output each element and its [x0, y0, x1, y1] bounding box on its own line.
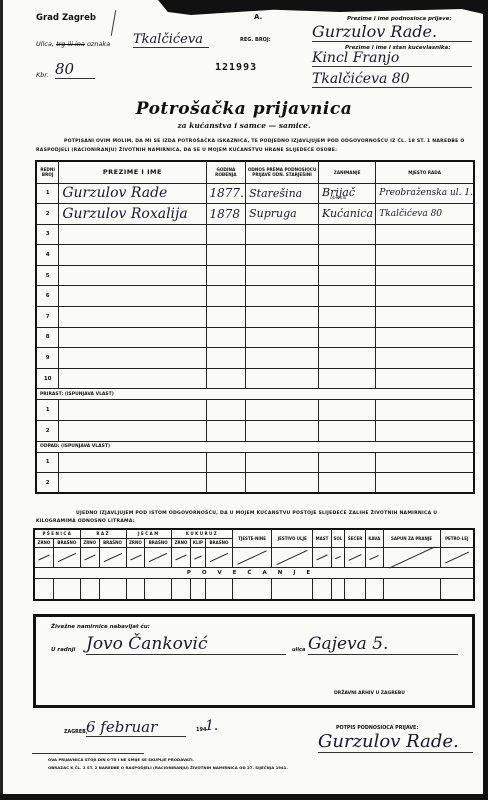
workplace — [376, 224, 474, 245]
section-label-decrease: ODPAD: (ispunjava vlast) — [36, 441, 474, 452]
sub-wheat-flour: BRAŠNO — [53, 538, 80, 547]
birth-year: 1877. — [206, 183, 246, 204]
relation — [246, 327, 319, 348]
document-page: Grad Zagreb Ulica, trg ili ina oznaka Tk… — [0, 0, 488, 800]
struck-cell — [53, 547, 80, 567]
occupation — [319, 348, 376, 369]
workplace: Preobraženska ul. 1. — [376, 183, 474, 204]
document-title: Potrošačka prijavnica — [0, 99, 488, 119]
declaration-text: POTPISANI OVIM MOLIM, DA MI SE IZDA POTR… — [36, 137, 476, 155]
person-name — [59, 265, 206, 286]
person-name — [59, 348, 206, 369]
shop-box-label: Živežne namirnice nabavljat ću: — [51, 624, 150, 630]
sub-corn-flour: BRAŠNO — [205, 538, 232, 547]
row-number: 2 — [36, 421, 59, 442]
struck-cell — [366, 547, 383, 567]
struck-cell — [205, 547, 232, 567]
shop-street-field: Gajeva 5. — [308, 634, 458, 655]
row-number: 7 — [36, 307, 59, 328]
occupation — [319, 327, 376, 348]
table-row: 9 — [36, 348, 474, 369]
section-row-decrease: ODPAD: (ispunjava vlast) — [36, 441, 474, 452]
sub-barley-flour: BRAŠNO — [145, 538, 172, 547]
table-row: 6 — [36, 286, 474, 307]
form-series: A. — [254, 13, 262, 21]
scan-edge-shadow — [158, 0, 488, 15]
col-salt: SOL — [331, 529, 344, 547]
struck-cell — [440, 547, 474, 567]
birth-year — [206, 307, 246, 328]
section-row-increase: PRIRAST: (ispunjava vlast) — [36, 389, 474, 400]
person-name — [59, 327, 206, 348]
sub-rye-grain: ZRNO — [80, 538, 99, 547]
col-header-workplace: Mjesto rada — [376, 161, 474, 183]
section-label-increase: PRIRAST: (ispunjava vlast) — [36, 389, 474, 400]
struck-cell — [34, 547, 53, 567]
table-row: 4 — [36, 245, 474, 266]
scan-edge-left — [0, 0, 3, 800]
person-name — [59, 245, 206, 266]
increase-label: POVEĆANJE — [34, 567, 474, 578]
row-number: 3 — [36, 224, 59, 245]
table-header-row: Redni broj Prezime i ime Godina rođenja … — [36, 161, 474, 183]
birth-year — [206, 368, 246, 389]
applicant-field: Gurzulov Rade. — [312, 22, 472, 42]
row-number: 8 — [36, 327, 59, 348]
col-header-occupation: Zanimanje — [319, 161, 376, 183]
table-row: 3 — [36, 224, 474, 245]
workplace — [376, 286, 474, 307]
col-oil: JESTIVO ULJE — [272, 529, 313, 547]
struck-cell — [99, 547, 126, 567]
person-name — [59, 224, 206, 245]
col-petroleum: PETRO-LEJ — [440, 529, 474, 547]
shop-label: U radnji — [51, 647, 75, 653]
struck-cell — [80, 547, 99, 567]
struck-cell — [126, 547, 145, 567]
col-header-relation: Odnos prema podnosiocu prijave odn. star… — [246, 161, 319, 183]
relation — [246, 245, 319, 266]
struck-cell — [331, 547, 344, 567]
col-soap: SAPUN ZA PRANJE — [383, 529, 440, 547]
relation — [246, 224, 319, 245]
struck-cell — [272, 547, 313, 567]
row-number: 1 — [36, 183, 59, 204]
table-row: 10 — [36, 368, 474, 389]
sub-corn-cob: KLIP — [190, 538, 205, 547]
sub-wheat-grain: ZRNO — [34, 538, 53, 547]
row-number: 6 — [36, 286, 59, 307]
birth-year — [206, 245, 246, 266]
col-header-number: Redni broj — [36, 161, 59, 183]
struck-cell — [383, 547, 440, 567]
sub-corn-grain: ZRNO — [172, 538, 191, 547]
row-number: 2 — [36, 473, 59, 494]
year-field: 1. — [205, 718, 218, 734]
row-number: 2 — [36, 204, 59, 225]
street-label-prefix: Ulica, — [36, 40, 56, 48]
workplace — [376, 265, 474, 286]
occupation — [319, 307, 376, 328]
occupation — [319, 245, 376, 266]
birth-year — [206, 224, 246, 245]
group-wheat: PŠENICA — [34, 529, 80, 538]
signature-field: Gurzulov Rade. — [318, 731, 473, 753]
col-header-birth-year: Godina rođenja — [206, 161, 246, 183]
col-lard: MAST — [313, 529, 332, 547]
table-row: 2 Gurzulov Roxalija 1878 Supruga Kućanic… — [36, 204, 474, 225]
street-label: Ulica, trg ili ina oznaka — [36, 40, 110, 48]
registry-number: 121993 — [215, 62, 257, 73]
sub-barley-grain: ZRNO — [126, 538, 145, 547]
scan-edge-bottom — [0, 794, 488, 800]
owner-name-field: Kincl Franjo — [312, 50, 472, 67]
registry-label: REG. BROJ: — [240, 37, 271, 43]
document-subtitle: za kućanstva i samce — samice. — [0, 121, 488, 130]
table-row: 1 — [36, 452, 474, 473]
workplace — [376, 245, 474, 266]
occupation: Kućanica — [319, 204, 376, 225]
row-number: 9 — [36, 348, 59, 369]
table-row: 5 — [36, 265, 474, 286]
supplies-declaration-text: UJEDNO IZJAVLJUJEM POD ISTOM ODGOVORNOŠĆ… — [36, 510, 476, 526]
occupation — [319, 224, 376, 245]
occupation — [319, 265, 376, 286]
row-number: 4 — [36, 245, 59, 266]
food-supplies-table: PŠENICA RAŽ JEČAM KUKURUZ TJESTE-NINE JE… — [33, 528, 475, 601]
table-row: 2 — [36, 473, 474, 494]
price-note: OVA PRIJAVNICA STOJI DIN 0'75 I NE SMIJE… — [48, 757, 194, 762]
increase-label-row: POVEĆANJE — [34, 567, 474, 578]
relation — [246, 265, 319, 286]
relation — [246, 286, 319, 307]
street-label-struck: trg ili ina — [56, 40, 85, 48]
struck-cell — [172, 547, 191, 567]
date-field: 6 februar — [86, 718, 186, 737]
table-row: 7 — [36, 307, 474, 328]
row-number: 10 — [36, 368, 59, 389]
birth-year — [206, 286, 246, 307]
table-row: 1 — [36, 400, 474, 421]
shop-registration-box: Živežne namirnice nabavljat ću: U radnji… — [33, 614, 475, 708]
footer-divider — [32, 753, 144, 754]
sub-rye-flour: BRAŠNO — [99, 538, 126, 547]
col-coffee: KAVA — [366, 529, 383, 547]
street-field: Tkalčićeva — [133, 32, 209, 48]
occupation — [319, 368, 376, 389]
workplace: Tkalčićeva 80 — [376, 204, 474, 225]
struck-cell — [145, 547, 172, 567]
house-number-label: Kbr. — [36, 71, 49, 79]
increase-values-row — [34, 578, 474, 600]
birth-year — [206, 265, 246, 286]
occupation: Brijačobrtnik — [319, 183, 376, 204]
relation — [246, 348, 319, 369]
shop-name-field: Jovo Čanković — [86, 634, 286, 655]
table-row: 2 — [36, 421, 474, 442]
supplies-group-header-row: PŠENICA RAŽ JEČAM KUKURUZ TJESTE-NINE JE… — [34, 529, 474, 538]
regulation-note: OBRAZAC K ČL. 2 ST. 2 NAREDBE O RASPODJE… — [48, 765, 288, 770]
person-name — [59, 307, 206, 328]
person-name: Gurzulov Rade — [59, 183, 206, 204]
group-corn: KUKURUZ — [172, 529, 233, 538]
group-rye: RAŽ — [80, 529, 126, 538]
person-name: Gurzulov Roxalija — [59, 204, 206, 225]
person-name — [59, 368, 206, 389]
house-number-field: 80 — [55, 60, 95, 79]
col-sugar: ŠEĆER — [345, 529, 366, 547]
scan-edge-right — [483, 0, 488, 800]
person-name — [59, 286, 206, 307]
workplace — [376, 327, 474, 348]
workplace — [376, 307, 474, 328]
birth-year — [206, 327, 246, 348]
shop-street-label: ulica — [292, 647, 305, 653]
workplace — [376, 368, 474, 389]
place-label: ZAGREB, — [64, 730, 88, 735]
table-row: 1 Gurzulov Rade 1877. Starešina Brijačob… — [36, 183, 474, 204]
relation — [246, 368, 319, 389]
occupation — [319, 286, 376, 307]
relation: Supruga — [246, 204, 319, 225]
archive-stamp: DRŽAVNI ARHIV U ZAGREBU — [334, 691, 405, 696]
workplace — [376, 348, 474, 369]
supplies-values-row — [34, 547, 474, 567]
relation — [246, 307, 319, 328]
header-divider — [111, 10, 116, 36]
struck-cell — [313, 547, 332, 567]
col-pasta: TJESTE-NINE — [232, 529, 271, 547]
struck-cell — [190, 547, 205, 567]
row-number: 1 — [36, 452, 59, 473]
owner-address-field: Tkalčićeva 80 — [312, 71, 472, 88]
table-row: 8 — [36, 327, 474, 348]
struck-cell — [232, 547, 271, 567]
row-number: 5 — [36, 265, 59, 286]
struck-cell — [345, 547, 366, 567]
city-name: Grad Zagreb — [36, 13, 96, 23]
birth-year — [206, 348, 246, 369]
relation: Starešina — [246, 183, 319, 204]
group-barley: JEČAM — [126, 529, 172, 538]
row-number: 1 — [36, 400, 59, 421]
col-header-name: Prezime i ime — [59, 161, 206, 183]
household-persons-table: Redni broj Prezime i ime Godina rođenja … — [35, 160, 475, 494]
street-label-suffix: oznaka — [85, 40, 110, 48]
birth-year: 1878 — [206, 204, 246, 225]
